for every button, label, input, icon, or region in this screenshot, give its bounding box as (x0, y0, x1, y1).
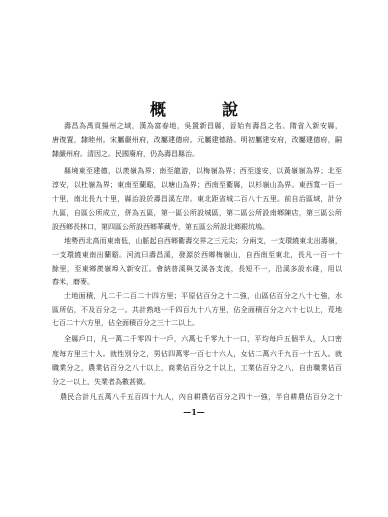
document-page: 概 說 壽昌為禹貢揚州之域，漢為富春地，吳置新昌縣，晉始有壽昌之名。隋省入新安縣… (0, 0, 388, 517)
text-line: 土地面積，凡二千二百二十四方里；平原佔百分之十二強，山區佔百分之八十七強，水 (64, 291, 342, 302)
text-line: 縣境東至建德，以羨嶺為界；南至龍游，以梅嶺為界；西至遂安，以黃嶺嶺為界；北至 (64, 166, 342, 177)
page-title-char-1: 概 (150, 101, 166, 119)
page-number: —1— (0, 407, 388, 417)
text-line: 十里，南北長九十里，縣治設於壽昌溪左岸。東北距省城二百八十五里。前自治區域，計分 (52, 194, 342, 205)
text-line: 度每方里三十人。就性別分之，男佔四萬零一百七十六人，女佔二萬六千九百一十五人。就 (52, 349, 342, 360)
text-line: 區所佔，不及百分之一。共計熟地一千四百九十八方里，佔全面積百分之六十七以上，荒地 (52, 305, 342, 316)
text-line: 分之一以上，失業者為數甚微。 (52, 377, 342, 388)
text-line: 農民合計凡五萬八千五百四十九人，內自耕農佔百分之四十一強，半自耕農佔百分之十 (60, 392, 342, 403)
page-title-char-2: 說 (222, 101, 238, 119)
text-line: 隸嚴州府。清因之。民國廢府，仍為壽昌縣治。 (52, 149, 342, 160)
text-line: 設西鄉長林口，第四區公所設西鄉華藏寺，第五區公所設北鄉銀坑塢。 (52, 222, 342, 233)
text-line: 一支環繞東南出蘭谿。河流曰壽昌溪，發源於西鄉梅嶺山，自西南至東北，長凡一百一十 (52, 250, 342, 261)
text-line: 唐復置，隸睦州。宋屬嚴州府，改屬建德府。元屬建德路。明初屬建安府，改屬建德府，嗣 (52, 135, 342, 146)
text-line: 壽昌為禹貢揚州之域，漢為富春地，吳置新昌縣，晉始有壽昌之名。隋省入新安縣， (64, 121, 342, 132)
text-line: 全縣戶口，凡一萬二千零四十一戶，六萬七千零九十一口，平均每戶五個半人，人口密 (64, 334, 342, 345)
text-line: 地勢西北高而東南低，山脈起自西鄉衢壽交界之三元尖；分兩支，一支環繞東北出壽嶺， (64, 236, 342, 247)
text-line: 舂米，磨麥。 (52, 277, 342, 288)
text-line: 職業分之，農業佔百分之八十以上，商業佔百分之十以上，工業佔百分之八，自由職業佔百 (52, 363, 342, 374)
text-line: 淳安，以杜嶺為界；東南至蘭谿，以塘山為界；西南至衢縣，以杉嶺山為界。東西寬一百一 (52, 180, 342, 191)
text-line: 餘里，至東鄉羨嶺埠入新安江。會納普溪與艾溪各支流，長短不一，沿溪多設水碓，用以 (52, 264, 342, 275)
text-line: 九區，自區公所成立，併為五區，第一區公所設城區，第二區公所設南鄉陳店，第三區公所 (52, 208, 342, 219)
text-line: 七百二十六方里，佔全面積百分之三十二以上。 (52, 318, 342, 329)
